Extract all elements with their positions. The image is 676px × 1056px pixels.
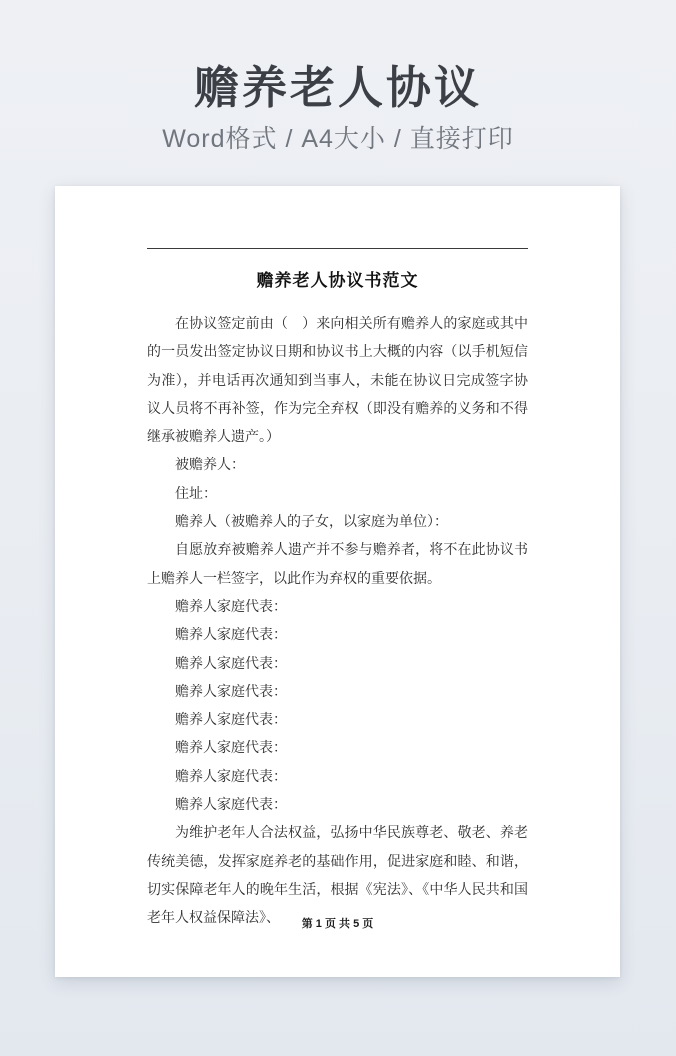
- document-paragraph: 住址：: [147, 479, 528, 507]
- document-paragraph: 赡养人家庭代表：: [147, 677, 528, 705]
- document-body: 在协议签定前由（ ）来向相关所有赡养人的家庭或其中的一员发出签定协议日期和协议书…: [147, 309, 528, 932]
- document-paragraph: 被赡养人：: [147, 450, 528, 478]
- document-paragraph: 赡养人家庭代表：: [147, 620, 528, 648]
- document-page-preview: 赡养老人协议书范文 在协议签定前由（ ）来向相关所有赡养人的家庭或其中的一员发出…: [55, 186, 620, 977]
- document-paragraph: 赡养人家庭代表：: [147, 705, 528, 733]
- document-paragraph: 赡养人家庭代表：: [147, 733, 528, 761]
- page-number-footer: 第 1 页 共 5 页: [55, 915, 620, 931]
- document-paragraph: 赡养人家庭代表：: [147, 790, 528, 818]
- document-title: 赡养老人协议书范文: [147, 266, 528, 291]
- page-background: 赡养老人协议 Word格式 / A4大小 / 直接打印 赡养老人协议书范文 在协…: [0, 0, 676, 1056]
- document-paragraph: 赡养人家庭代表：: [147, 592, 528, 620]
- page-subtitle: Word格式 / A4大小 / 直接打印: [0, 125, 676, 153]
- document-paragraph: 赡养人家庭代表：: [147, 762, 528, 790]
- document-paragraph: 自愿放弃被赡养人遗产并不参与赡养者，将不在此协议书上赡养人一栏签字，以此作为弃权…: [147, 535, 528, 592]
- page-title: 赡养老人协议: [0, 62, 676, 114]
- document-header-rule: [147, 248, 528, 249]
- page-header: 赡养老人协议 Word格式 / A4大小 / 直接打印: [0, 62, 676, 153]
- document-paragraph: 赡养人家庭代表：: [147, 649, 528, 677]
- document-paragraph: 赡养人（被赡养人的子女，以家庭为单位）：: [147, 507, 528, 535]
- document-paragraph: 在协议签定前由（ ）来向相关所有赡养人的家庭或其中的一员发出签定协议日期和协议书…: [147, 309, 528, 450]
